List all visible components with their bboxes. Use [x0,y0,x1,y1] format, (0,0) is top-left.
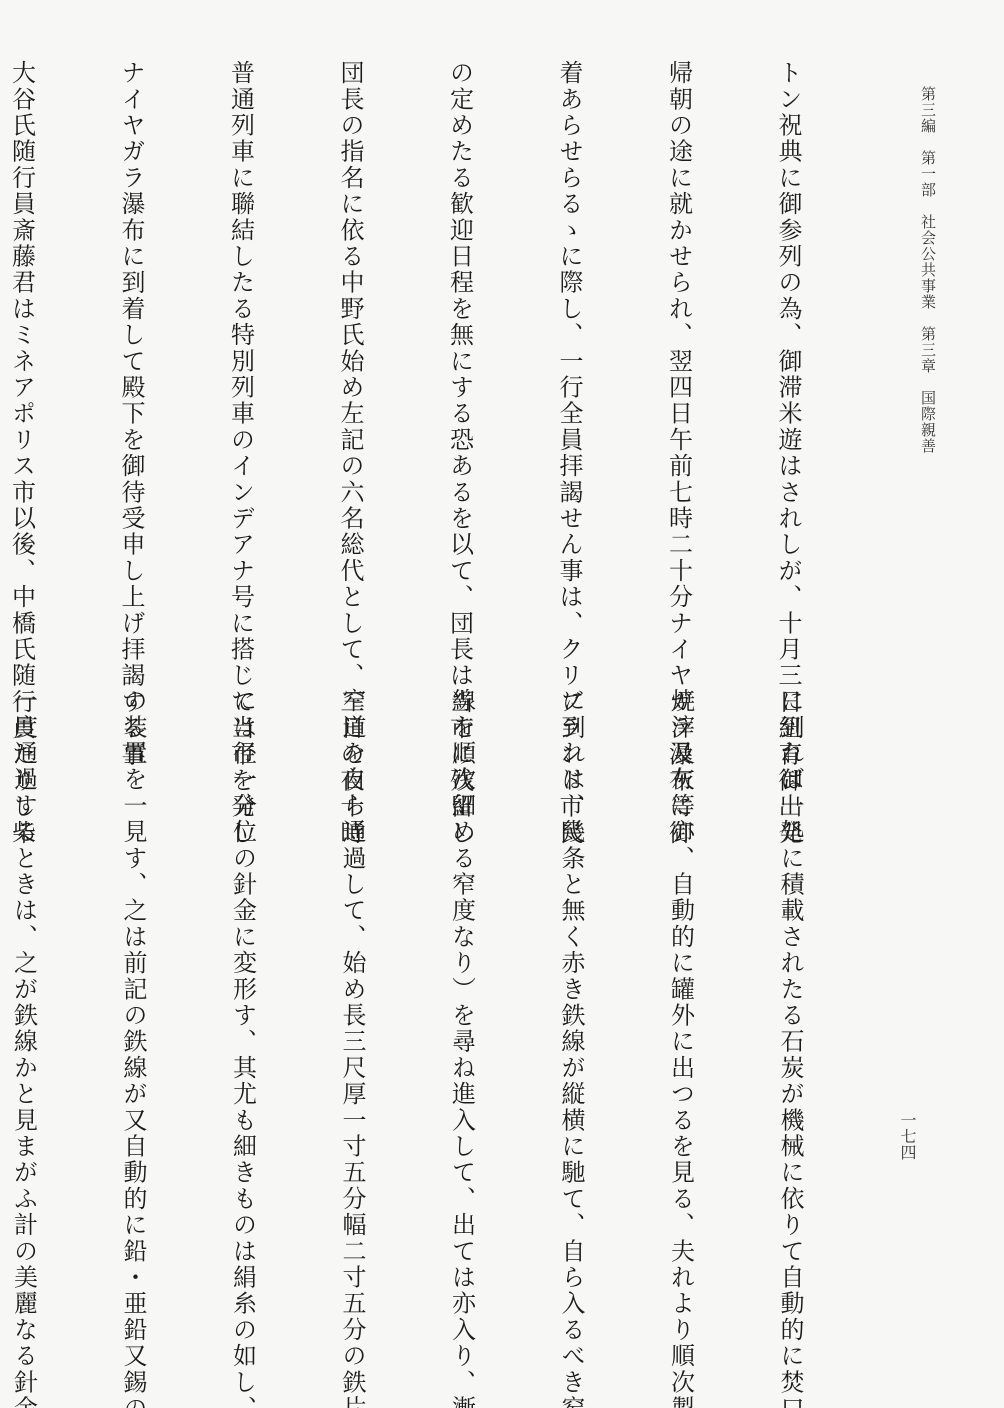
text-line: 団長の指名に依る中野氏始め左記の六名総代として、三日の夜十時 [332,60,369,660]
text-line: 帰朝の途に就かせられ、翌四日午前七時二十分ナイヤガラ瀑布に御 [660,60,697,660]
text-line: トン祝典に御参列の為、御滞米遊はされしが、十月三日紐育御出発 [770,60,807,660]
text-line: の定めたる歓迎日程を無にする恐あるを以て、団長は当市に残留し [441,60,478,660]
text-block-bottom: に到れば一処に積載されたる石炭が機械に依りて自動的に焚口に投じ 焼滓及灰等亦、自… [0,688,881,1288]
text-line: 窄道を自ら通過して、始め長三尺厚一寸五分幅二寸五分の鉄片が、遂 [334,688,371,1288]
page-number: 一七四 [896,1112,919,1160]
text-line: ナイヤガラ瀑布に到着して殿下を御待受申し上げ拝謁する事 [113,60,150,660]
text-line: 着あらせらるゝに際し、一行全員拝謁せん事は、クリブランド市民 [551,60,588,660]
text-line: 一度通過するときは、之が鉄線かと見まがふ計の美麗なる針金と変ず [5,688,42,1288]
running-head: 第三編 第一部 社会公共事業 第三章 国際親善 [918,86,939,454]
text-line: 大谷氏随行員斎藤君はミネアポリス市以後、中橋氏随行員たりし柴 [3,60,40,660]
text-line: に到れは、幾条と無く赤き鉄線が縦横に馳て、自ら入るべき窄道（鉄 [553,688,590,1288]
text-line: に到れば一処に積載されたる石炭が機械に依りて自動的に焚口に投じ [772,688,809,1288]
text-line: の装置を一見す、之は前記の鉄線が又自動的に鉛・亜鉛又錫の鍋中を [115,688,152,1288]
text-line: 普通列車に聯結したる特別列車のインデアナ号に搭じて当市を発し [222,60,259,660]
document-page: 第三編 第一部 社会公共事業 第三章 国際親善 一七四 トン祝典に御参列の為、御… [0,0,1004,1408]
text-block-top: トン祝典に御参列の為、御滞米遊はされしが、十月三日紐育御出発 帰朝の途に就かせら… [0,60,879,660]
text-line: 線を順次細める窄度なり）を尋ね進入して、出ては亦入り、漸次細き [443,688,480,1288]
text-line: には径一分位の針金に変形す、其尤も細きものは絹糸の如し、又鋳留 [224,688,261,1288]
text-line: 焼滓及灰等亦、自動的に罐外に出つるを見る、夫れより順次製線工場 [662,688,699,1288]
